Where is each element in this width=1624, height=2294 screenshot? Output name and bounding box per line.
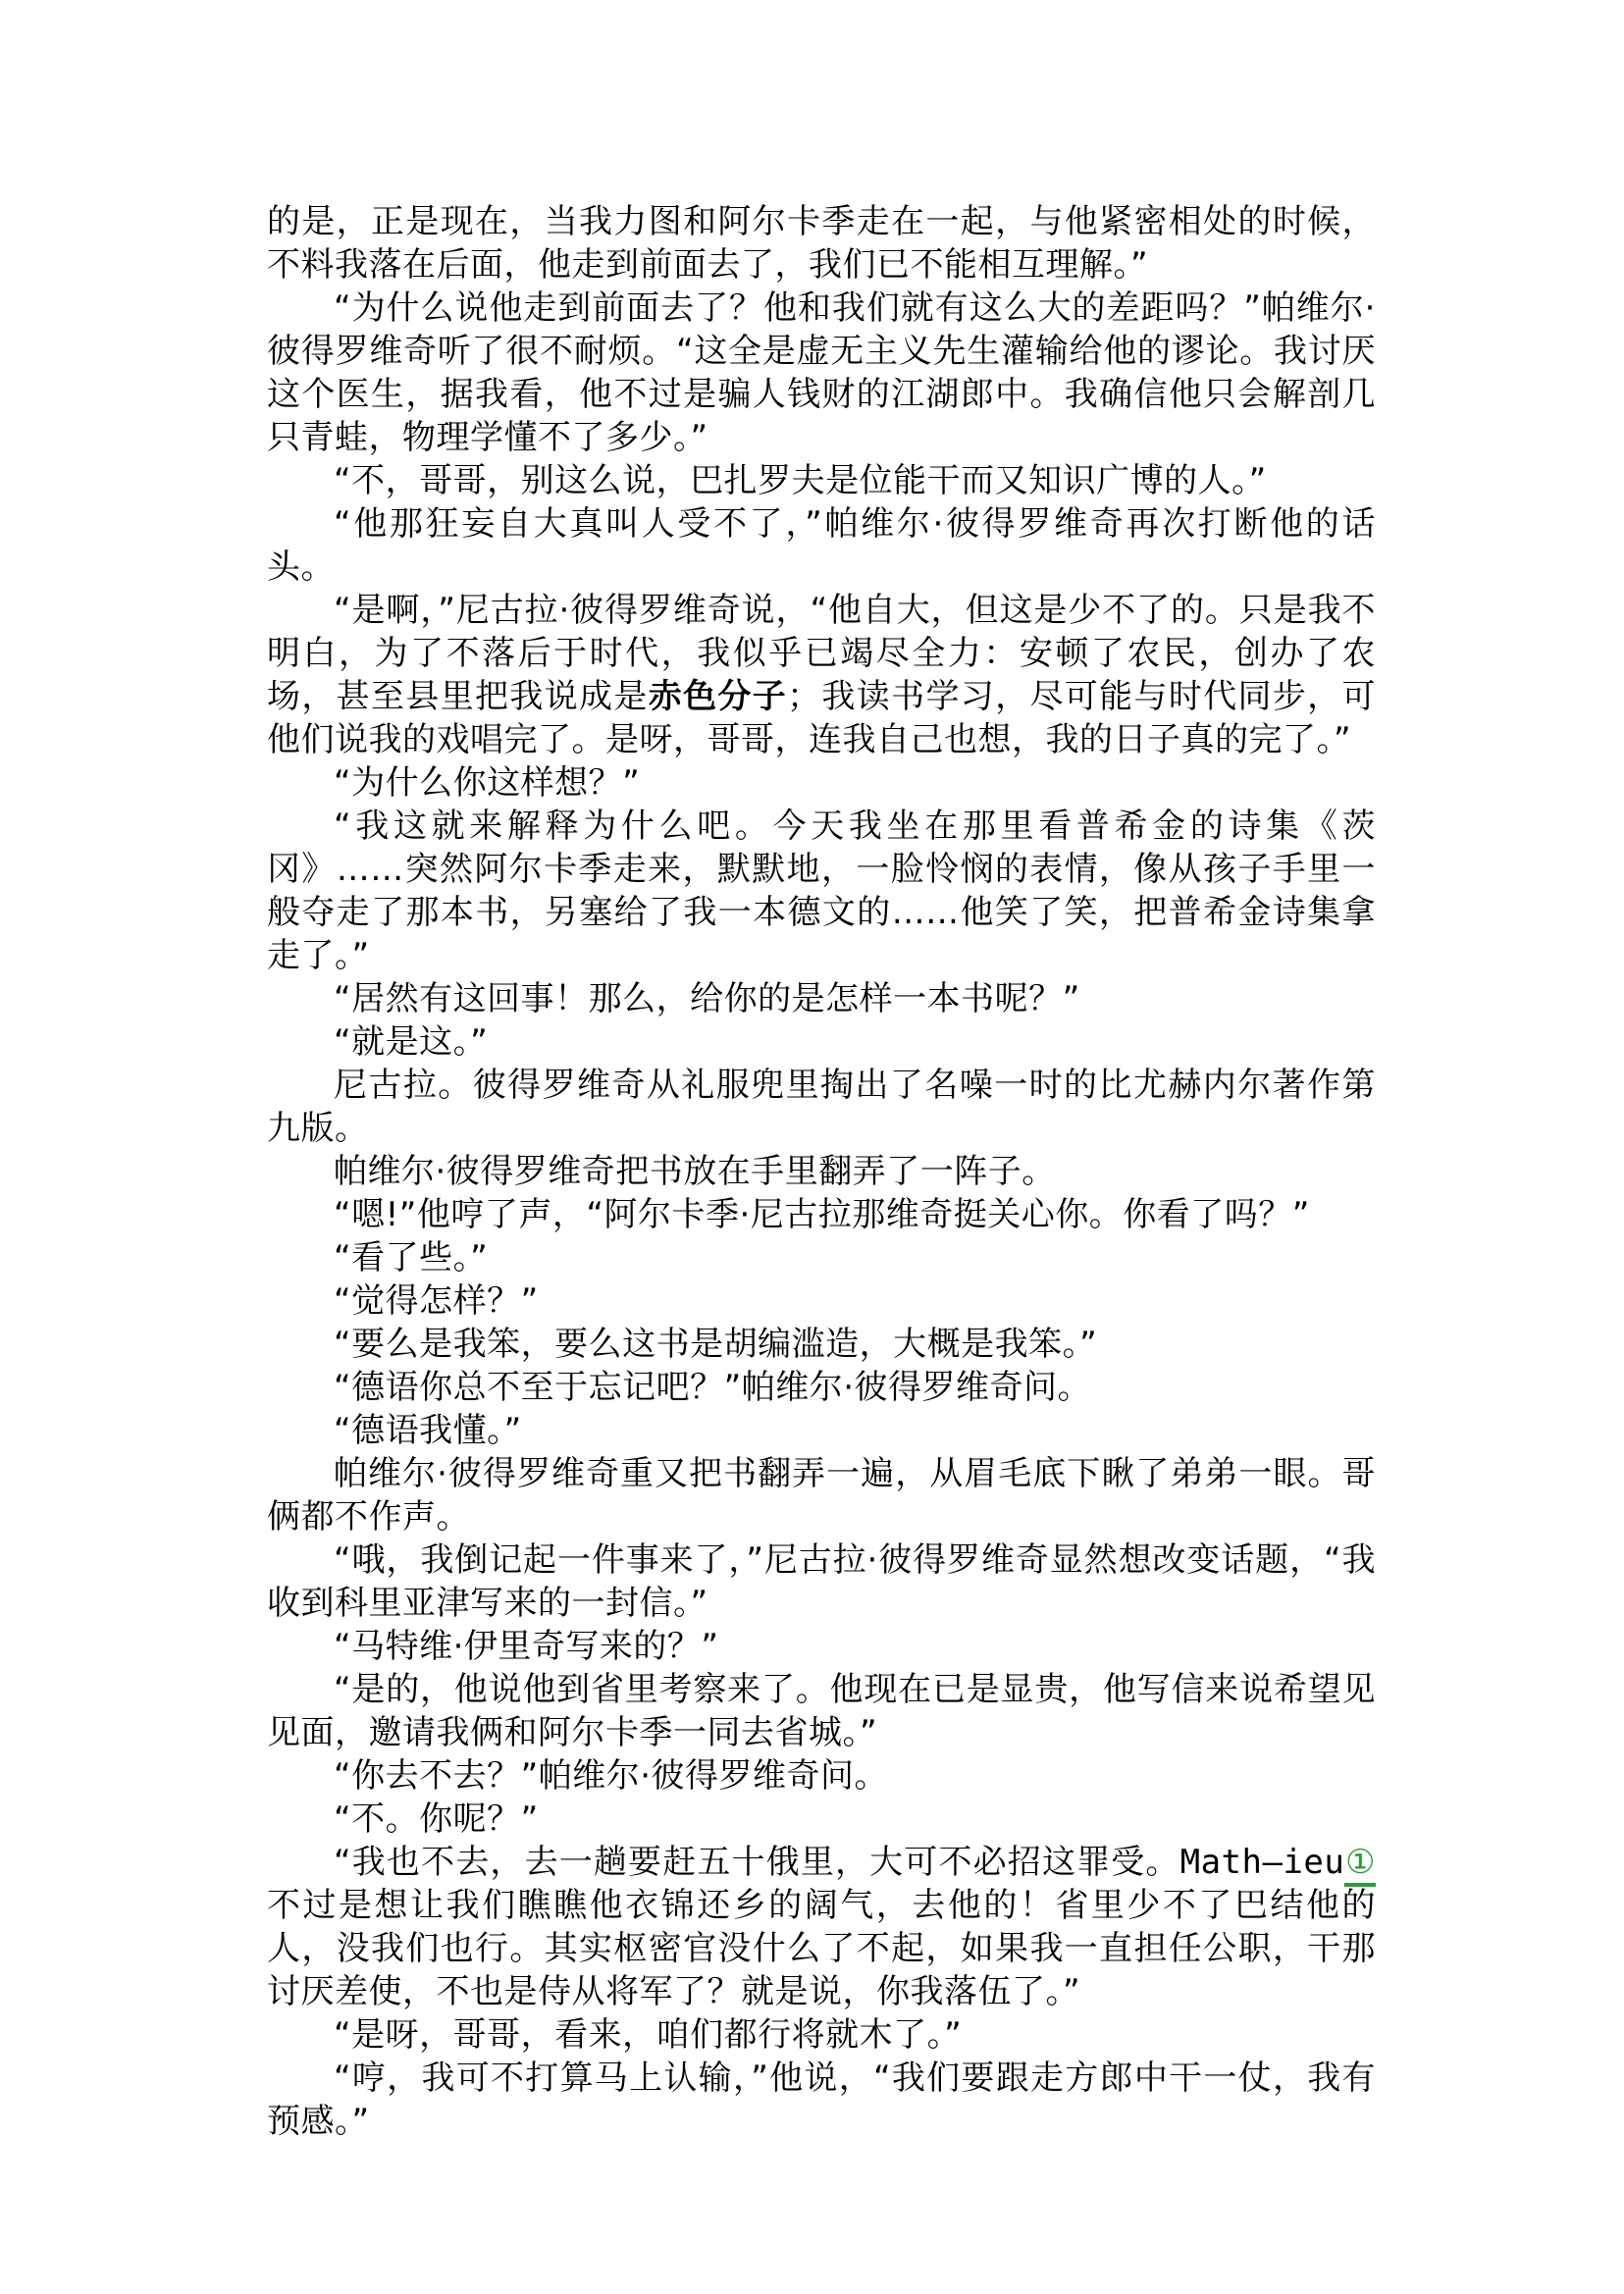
text-run: 不过是想让我们瞧瞧他衣锦还乡的阔气，去他的！省里少不了巴结他的人，没我们也行。其… (267, 1886, 1376, 2011)
text-run: “为什么说他走到前面去了？他和我们就有这么大的差距吗？”帕维尔·彼得罗维奇听了很… (267, 288, 1376, 457)
paragraph: “觉得怎样？” (267, 1279, 1376, 1323)
text-block: 的是，正是现在，当我力图和阿尔卡季走在一起，与他紧密相处的时候，不料我落在后面，… (267, 200, 1376, 2143)
paragraph: “德语我懂。” (267, 1409, 1376, 1452)
text-run: “为什么你这样想？” (334, 763, 640, 803)
text-run: “不。你呢？” (334, 1799, 539, 1839)
text-run: 的是，正是现在，当我力图和阿尔卡季走在一起，与他紧密相处的时候，不料我落在后面，… (267, 202, 1376, 285)
paragraph: 帕维尔·彼得罗维奇把书放在手里翻弄了一阵子。 (267, 1150, 1376, 1193)
paragraph: “你去不去？”帕维尔·彼得罗维奇问。 (267, 1754, 1376, 1798)
latin-text: Math—ieu (1180, 1843, 1345, 1882)
text-run: “觉得怎样？” (334, 1281, 539, 1321)
text-run: “你去不去？”帕维尔·彼得罗维奇问。 (334, 1756, 888, 1796)
text-run: “就是这。” (334, 1022, 488, 1062)
paragraph: “不，哥哥，别这么说，巴扎罗夫是位能干而又知识广博的人。” (267, 459, 1376, 502)
text-run: “是呀，哥哥，看来，咱们都行将就木了。” (334, 2015, 962, 2055)
text-run: “德语我懂。” (334, 1411, 522, 1450)
text-run: 尼古拉。彼得罗维奇从礼服兜里掏出了名噪一时的比尤赫内尔著作第九版。 (267, 1066, 1376, 1148)
text-run: “居然有这回事！那么，给你的是怎样一本书呢？” (334, 979, 1080, 1018)
text-run: “嗯!”他哼了声，“阿尔卡季·尼古拉那维奇挺关心你。你看了吗？” (334, 1195, 1310, 1234)
paragraph: “不。你呢？” (267, 1798, 1376, 1841)
paragraph: “他那狂妄自大真叫人受不了，”帕维尔·彼得罗维奇再次打断他的话头。 (267, 502, 1376, 589)
text-run: “他那狂妄自大真叫人受不了，”帕维尔·彼得罗维奇再次打断他的话头。 (267, 504, 1376, 587)
paragraph: “马特维·伊里奇写来的？” (267, 1625, 1376, 1668)
paragraph: 尼古拉。彼得罗维奇从礼服兜里掏出了名噪一时的比尤赫内尔著作第九版。 (267, 1064, 1376, 1150)
text-run: 帕维尔·彼得罗维奇重又把书翻弄一遍，从眉毛底下瞅了弟弟一眼。哥俩都不作声。 (267, 1454, 1376, 1537)
paragraph: “要么是我笨，要么这书是胡编滥造，大概是我笨。” (267, 1323, 1376, 1366)
text-run: “要么是我笨，要么这书是胡编滥造，大概是我笨。” (334, 1325, 1097, 1364)
paragraph: 的是，正是现在，当我力图和阿尔卡季走在一起，与他紧密相处的时候，不料我落在后面，… (267, 200, 1376, 287)
text-run: “我也不去，去一趟要赶五十俄里，大可不必招这罪受。 (334, 1843, 1180, 1882)
paragraph: 帕维尔·彼得罗维奇重又把书翻弄一遍，从眉毛底下瞅了弟弟一眼。哥俩都不作声。 (267, 1452, 1376, 1538)
paragraph: “哦，我倒记起一件事来了，”尼古拉·彼得罗维奇显然想改变话题，“我收到科里亚津写… (267, 1538, 1376, 1625)
text-run: “哼，我可不打算马上认输，”他说，“我们要跟走方郎中干一仗，我有预感。” (267, 2059, 1376, 2141)
paragraph: “居然有这回事！那么，给你的是怎样一本书呢？” (267, 977, 1376, 1020)
paragraph: “我也不去，去一趟要赶五十俄里，大可不必招这罪受。Math—ieu①不过是想让我… (267, 1841, 1376, 2013)
text-run: “看了些。” (334, 1238, 488, 1277)
bold-text: 赤色分子 (649, 677, 787, 716)
paragraph: “是啊，”尼古拉·彼得罗维奇说，“他自大，但这是少不了的。只是我不明白，为了不落… (267, 589, 1376, 761)
text-run: “哦，我倒记起一件事来了，”尼古拉·彼得罗维奇显然想改变话题，“我收到科里亚津写… (267, 1540, 1376, 1623)
paragraph: “德语你总不至于忘记吧？”帕维尔·彼得罗维奇问。 (267, 1366, 1376, 1409)
document-page: 的是，正是现在，当我力图和阿尔卡季走在一起，与他紧密相处的时候，不料我落在后面，… (0, 0, 1624, 2294)
text-run: “德语你总不至于忘记吧？”帕维尔·彼得罗维奇问。 (334, 1368, 1091, 1407)
paragraph: “为什么说他走到前面去了？他和我们就有这么大的差距吗？”帕维尔·彼得罗维奇听了很… (267, 287, 1376, 459)
text-run: “不，哥哥，别这么说，巴扎罗夫是位能干而又知识广博的人。” (334, 461, 1267, 500)
text-run: “我这就来解释为什么吧。今天我坐在那里看普希金的诗集《茨冈》……突然阿尔卡季走来… (267, 807, 1376, 975)
paragraph: “嗯!”他哼了声，“阿尔卡季·尼古拉那维奇挺关心你。你看了吗？” (267, 1193, 1376, 1236)
paragraph: “是呀，哥哥，看来，咱们都行将就木了。” (267, 2013, 1376, 2057)
footnote-ref-marker[interactable]: ① (1344, 1843, 1376, 1887)
paragraph: “就是这。” (267, 1020, 1376, 1064)
text-run: “马特维·伊里奇写来的？” (334, 1627, 719, 1666)
paragraph: “我这就来解释为什么吧。今天我坐在那里看普希金的诗集《茨冈》……突然阿尔卡季走来… (267, 805, 1376, 977)
text-run: 帕维尔·彼得罗维奇把书放在手里翻弄了一阵子。 (334, 1152, 1056, 1191)
paragraph: “为什么你这样想？” (267, 761, 1376, 805)
paragraph: “看了些。” (267, 1236, 1376, 1279)
text-run: “是的，他说他到省里考察来了。他现在已是显贵，他写信来说希望见见面，邀请我俩和阿… (267, 1670, 1376, 1752)
paragraph: “哼，我可不打算马上认输，”他说，“我们要跟走方郎中干一仗，我有预感。” (267, 2057, 1376, 2143)
paragraph: “是的，他说他到省里考察来了。他现在已是显贵，他写信来说希望见见面，邀请我俩和阿… (267, 1668, 1376, 1754)
